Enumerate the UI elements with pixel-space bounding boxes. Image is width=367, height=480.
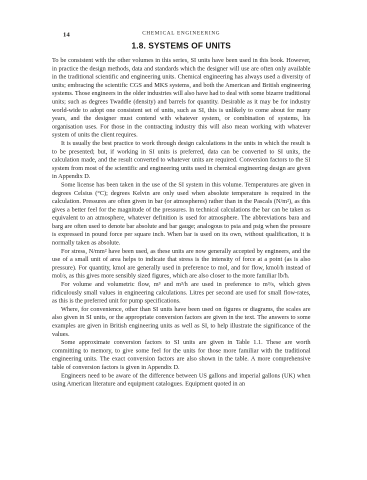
paragraph: Some approximate conversion factors to S… — [52, 338, 311, 371]
paragraph: Engineers need to be aware of the differ… — [52, 371, 311, 388]
paragraph: For volume and volumetric flow, m³ and m… — [52, 280, 311, 305]
paragraph: For stress, N/mm² have been used, as the… — [52, 247, 311, 280]
book-page: 14 CHEMICAL ENGINEERING 1.8. SYSTEMS OF … — [0, 0, 367, 480]
page-content: 14 CHEMICAL ENGINEERING 1.8. SYSTEMS OF … — [0, 0, 367, 480]
body-text: To be consistent with the other volumes … — [52, 56, 311, 388]
paragraph: To be consistent with the other volumes … — [52, 56, 311, 139]
section-title: 1.8. SYSTEMS OF UNITS — [52, 42, 311, 52]
page-header: 14 CHEMICAL ENGINEERING — [52, 31, 311, 39]
page-number: 14 — [63, 31, 70, 39]
paragraph: It is usually the best practice to work … — [52, 139, 311, 180]
paragraph: Where, for convenience, other than SI un… — [52, 305, 311, 338]
paragraph: Some license has been taken in the use o… — [52, 180, 311, 246]
running-header: CHEMICAL ENGINEERING — [52, 31, 311, 37]
